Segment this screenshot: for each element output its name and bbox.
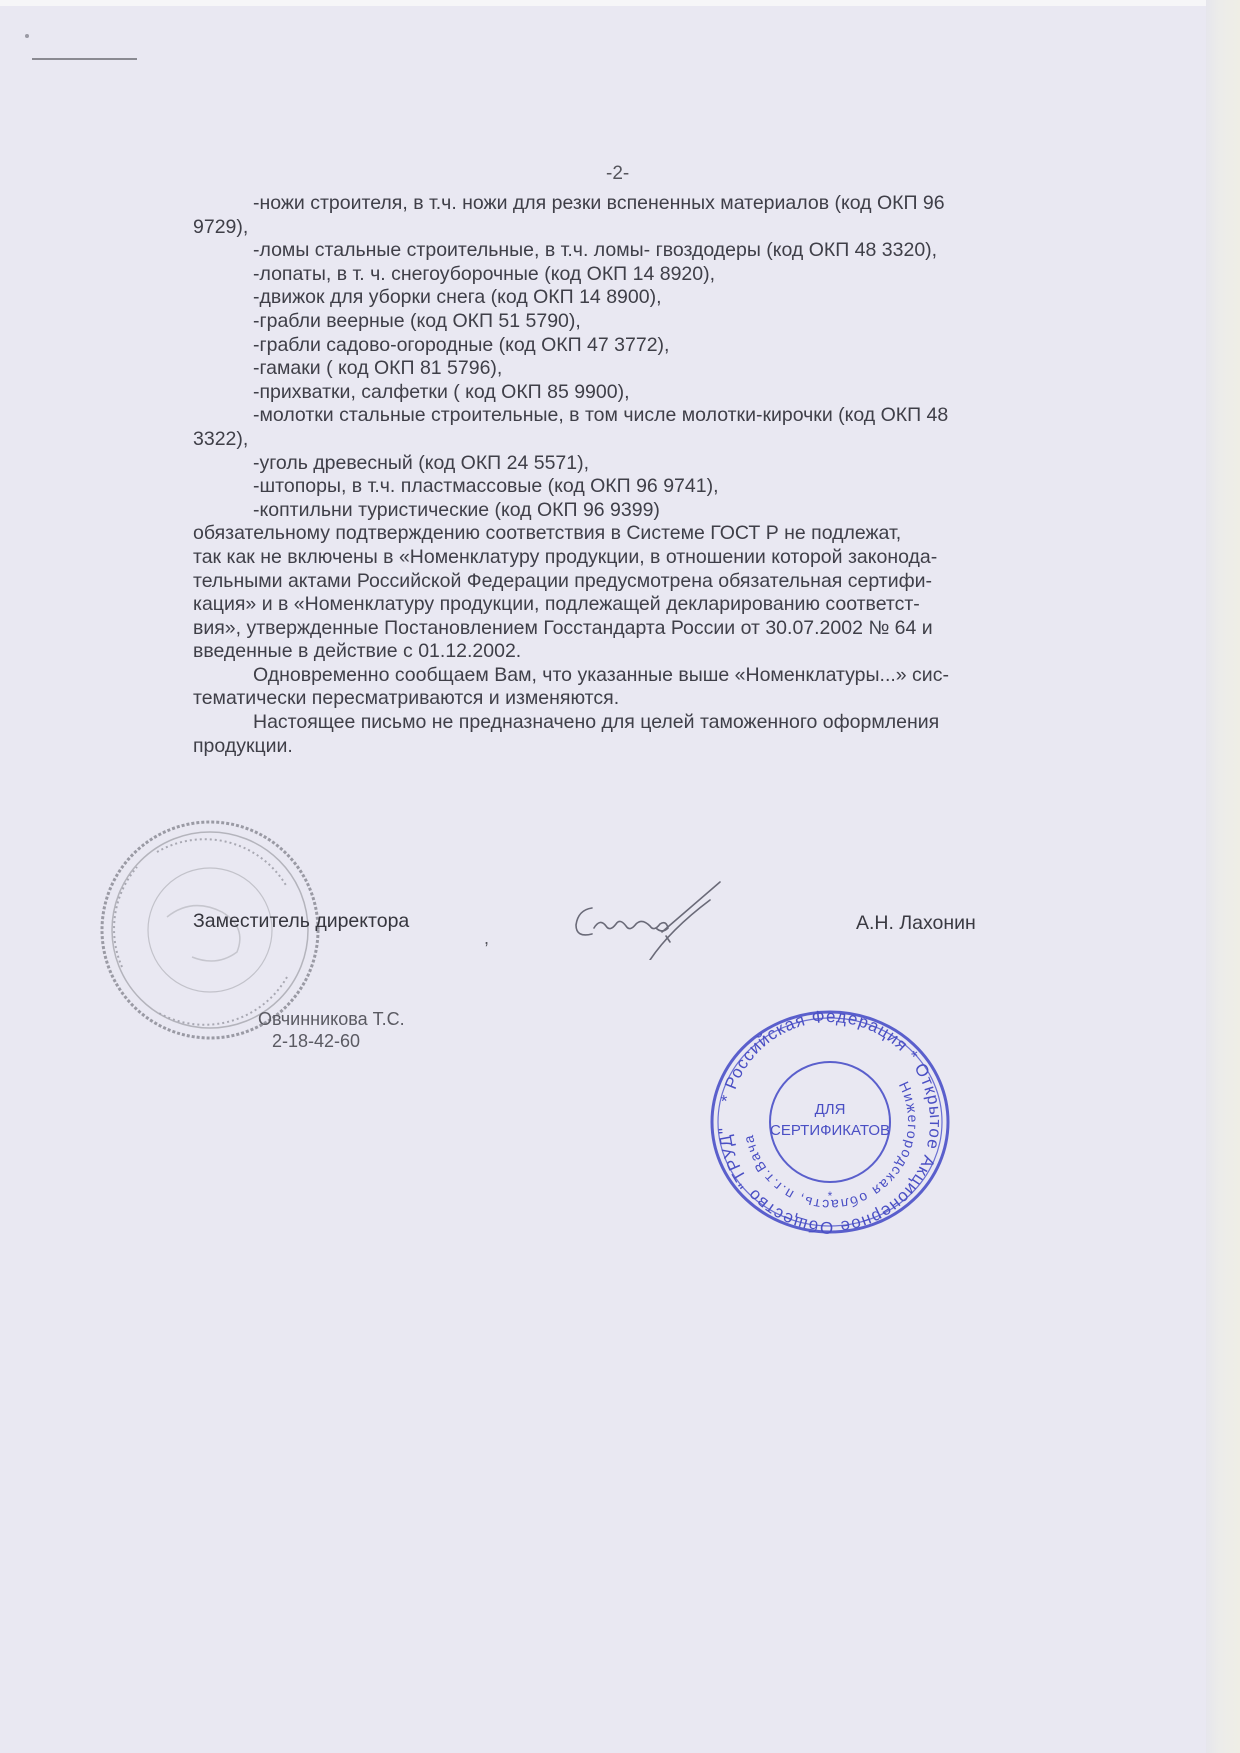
body-line: -молотки стальные строительные, в том чи… <box>193 404 1088 428</box>
signatory-name: А.Н. Лахонин <box>856 912 976 935</box>
signatory-title: Заместитель директора <box>193 910 409 933</box>
contact-phone: 2-18-42-60 <box>258 1030 405 1052</box>
body-line: -ножи строителя, в т.ч. ножи для резки в… <box>193 192 1088 216</box>
official-stamp-right: * Российская Федерация * Открытое Акцион… <box>705 1006 955 1238</box>
contact-name: Овчинникова Т.С. <box>258 1008 405 1030</box>
body-line: -штопоры, в т.ч. пластмассовые (код ОКП … <box>193 475 1088 499</box>
body-line: -грабли садово-огородные (код ОКП 47 377… <box>193 334 1088 358</box>
page-number: -2- <box>606 163 629 185</box>
body-line: кация» и в «Номенклатуру продукции, подл… <box>193 593 1088 617</box>
scan-artifact <box>25 34 29 38</box>
body-line: -уголь древесный (код ОКП 24 5571), <box>193 452 1088 476</box>
body-line: -коптильни туристические (код ОКП 96 939… <box>193 499 1088 523</box>
handwritten-signature <box>570 870 730 960</box>
body-line: -гамаки ( код ОКП 81 5796), <box>193 357 1088 381</box>
body-line: Одновременно сообщаем Вам, что указанные… <box>193 664 1088 688</box>
body-line: так как не включены в «Номенклатуру прод… <box>193 546 1088 570</box>
letter-body: -ножи строителя, в т.ч. ножи для резки в… <box>193 192 1088 758</box>
body-line: обязательному подтверждению соответствия… <box>193 522 1088 546</box>
body-line: -ломы стальные строительные, в т.ч. ломы… <box>193 239 1088 263</box>
body-line: продукции. <box>193 735 1088 759</box>
body-line: тематически пересматриваются и изменяютс… <box>193 687 1088 711</box>
body-line: тельными актами Российской Федерации пре… <box>193 570 1088 594</box>
body-line: введенные в действие с 01.12.2002. <box>193 640 1088 664</box>
contact-block: Овчинникова Т.С. 2-18-42-60 <box>258 1008 405 1052</box>
stamp-star-icon: * <box>828 1189 833 1203</box>
body-line: 9729), <box>193 216 1088 240</box>
body-line: 3322), <box>193 428 1088 452</box>
stray-mark: , <box>484 928 489 949</box>
body-line: -грабли веерные (код ОКП 51 5790), <box>193 310 1088 334</box>
page-margin-shadow <box>1206 0 1240 1753</box>
stamp-center-line1: ДЛЯ <box>815 1101 846 1118</box>
body-line: Настоящее письмо не предназначено для це… <box>193 711 1088 735</box>
page-edge <box>0 0 1240 6</box>
body-line: -движок для уборки снега (код ОКП 14 890… <box>193 286 1088 310</box>
body-line: вия», утвержденные Постановлением Госста… <box>193 617 1088 641</box>
scan-artifact-line <box>32 58 137 60</box>
body-line: -лопаты, в т. ч. снегоуборочные (код ОКП… <box>193 263 1088 287</box>
body-line: -прихватки, салфетки ( код ОКП 85 9900), <box>193 381 1088 405</box>
stamp-center-line2: СЕРТИФИКАТОВ <box>770 1122 890 1139</box>
